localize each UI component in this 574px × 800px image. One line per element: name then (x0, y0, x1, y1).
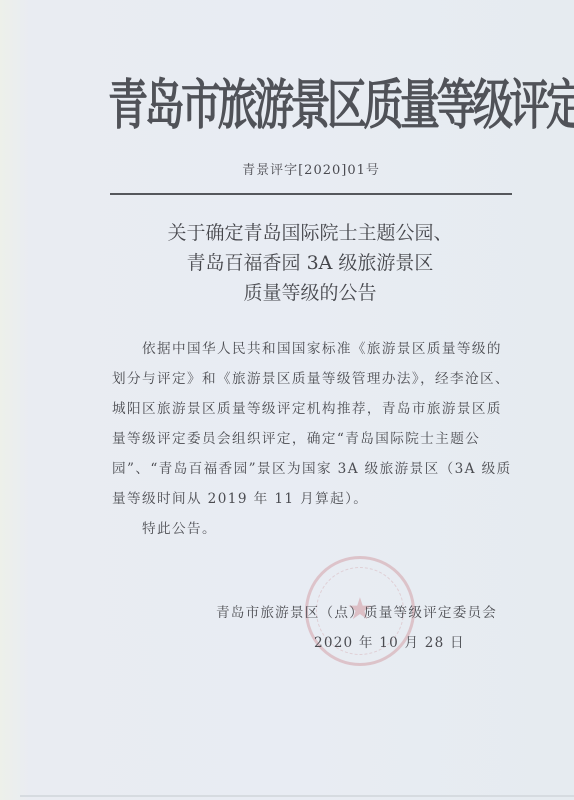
body-line: 量等级评定委员会组织评定，确定“青岛国际院士主题公 (112, 424, 508, 454)
document-number: 青景评字[2020]01号 (110, 161, 512, 181)
body-line: 依据中国华人民共和国国家标准《旅游景区质量等级的 (112, 334, 508, 364)
document-page: 青岛市旅游景区质量等级评定委员会 青景评字[2020]01号 关于确定青岛国际院… (0, 0, 574, 800)
page-edge (20, 795, 574, 797)
header-divider (110, 193, 512, 195)
subject-line: 质量等级的公告 (90, 278, 530, 308)
body-line: 量等级时间从 2019 年 11 月算起）。 (112, 484, 508, 514)
announcement-subject: 关于确定青岛国际院士主题公园、 青岛百福香园 3A 级旅游景区 质量等级的公告 (90, 218, 530, 308)
announcement-body: 依据中国华人民共和国国家标准《旅游景区质量等级的 划分与评定》和《旅游景区质量等… (112, 334, 508, 544)
issuer-signature: 青岛市旅游景区（点）质量等级评定委员会 (216, 601, 506, 625)
subject-line: 青岛百福香园 3A 级旅游景区 (90, 248, 530, 278)
body-line: 园”、“青岛百福香园”景区为国家 3A 级旅游景区（3A 级质 (112, 454, 508, 484)
issue-date: 2020 年 10 月 28 日 (314, 631, 454, 655)
subject-line: 关于确定青岛国际院士主题公园、 (90, 218, 530, 248)
closing-line: 特此公告。 (112, 514, 508, 544)
body-line: 城阳区旅游景区质量等级评定机构推荐，青岛市旅游景区质 (112, 394, 508, 424)
masthead-title: 青岛市旅游景区质量等级评定委员会 (108, 66, 512, 147)
body-line: 划分与评定》和《旅游景区质量等级管理办法》，经李沧区、 (112, 364, 508, 394)
